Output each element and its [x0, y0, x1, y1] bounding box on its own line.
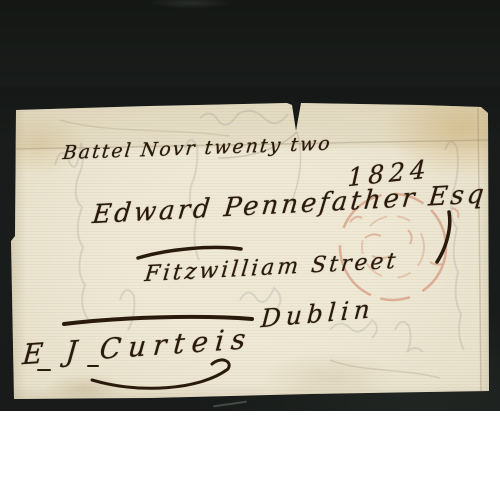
ink-dash-upper	[138, 247, 241, 258]
scratch-mark	[213, 401, 247, 408]
ink-dash-lower	[64, 317, 252, 324]
letter-paper: Battel Novr twenty two 1824 Edward Penne…	[0, 0, 500, 411]
cover-photo: Battel Novr twenty two 1824 Edward Penne…	[0, 0, 500, 411]
